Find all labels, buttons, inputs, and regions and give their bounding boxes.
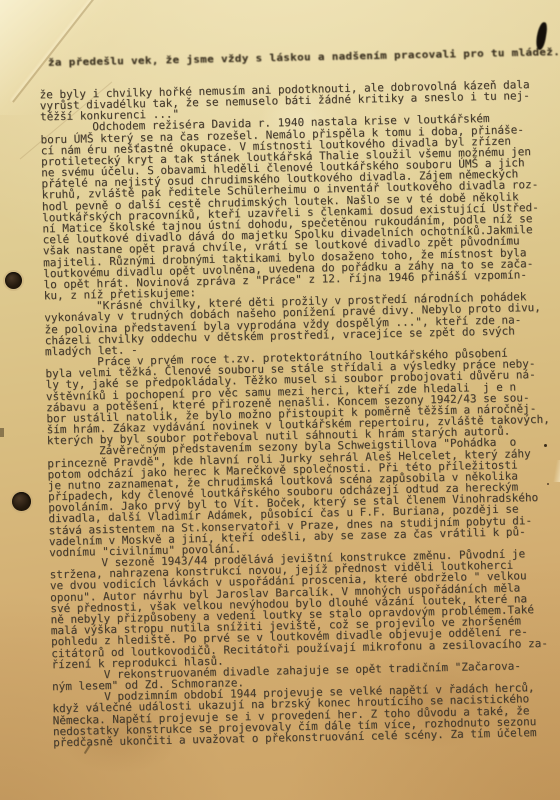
ink-speck <box>544 444 547 447</box>
document-text: ža předešlu vek, že jsme vždy s láskou a… <box>38 25 559 771</box>
paragraph: Odchodem režiséra Davida r. 1940 nastala… <box>40 112 550 301</box>
paper-edge-notch <box>552 460 560 482</box>
edge-mark <box>0 428 4 437</box>
paragraph: V sezoně 1943/44 prodělává jevištní kons… <box>49 548 557 670</box>
hole-punch-top <box>5 272 22 289</box>
overstruck-line: ža předešlu vek, že jsme vždy s láskou a… <box>39 48 545 69</box>
paragraph: Závěrečným představením sezony byla Schw… <box>47 436 555 558</box>
paragraph: Práce v prvém roce t.zv. protektorátního… <box>45 347 553 447</box>
paragraph: V podzimním období 1944 projevuje se vel… <box>52 682 559 748</box>
paragraphs: že byly i chvilky hořké nemusím ani podo… <box>39 79 559 749</box>
paper-background: ža předešlu vek, že jsme vždy s láskou a… <box>0 0 560 800</box>
ink-speck <box>547 483 549 485</box>
hole-punch-bottom <box>12 492 31 511</box>
